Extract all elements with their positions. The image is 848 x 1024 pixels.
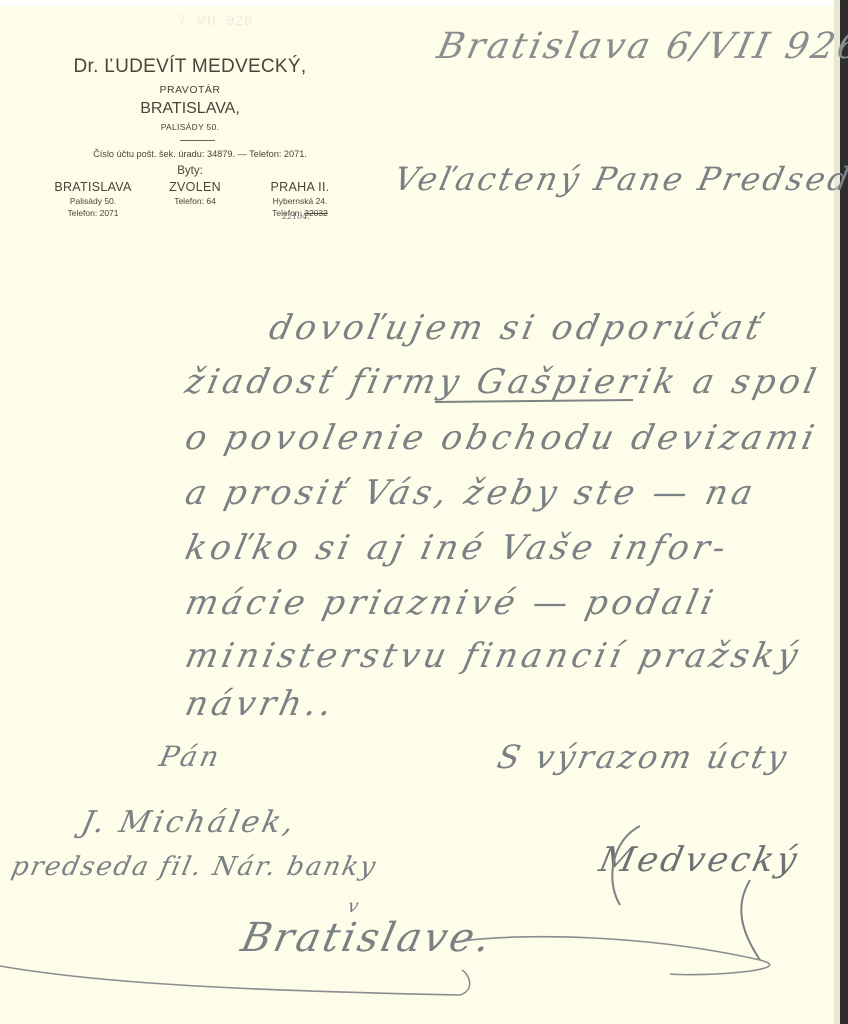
- signature-flourish-icon: [0, 0, 848, 1024]
